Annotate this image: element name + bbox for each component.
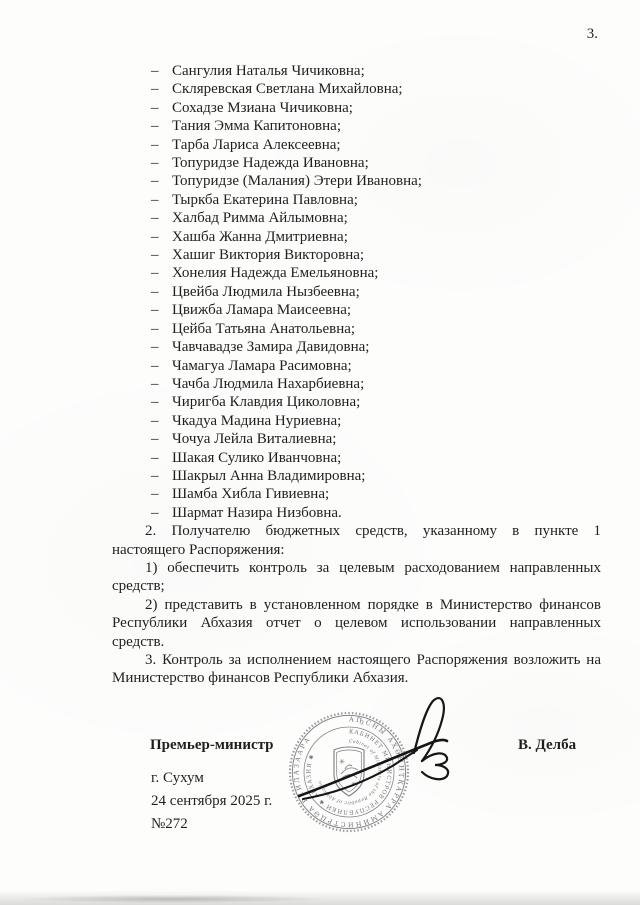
person-name: Хашиг Виктория Викторовна; xyxy=(172,246,364,264)
signature-loop xyxy=(414,698,444,761)
list-dash: – xyxy=(151,320,172,338)
list-dash: – xyxy=(151,136,172,154)
person-name: Цвейба Людмила Нызбеевна; xyxy=(172,283,360,301)
official-seal-stamp: АҦСНЫ АҲӘЫНҬҚАРРА АМИНИСТРЦӘА РЕИЛАЗААРА… xyxy=(287,710,411,834)
person-name: Шармат Назира Низбовна. xyxy=(172,504,342,522)
scan-edge-shadow xyxy=(0,890,640,905)
person-name: Чкадуа Мадина Нуриевна; xyxy=(172,412,341,430)
signature-flourish xyxy=(422,753,448,779)
coat-of-arms-shield xyxy=(334,747,364,796)
list-item: –Цвижба Ламара Маисеевна; xyxy=(112,301,601,319)
paragraph-line: 3. Контроль за исполнением настоящего Ра… xyxy=(112,651,601,669)
paragraph-line: средств. xyxy=(112,633,601,651)
person-name: Тания Эмма Капитоновна; xyxy=(172,117,341,135)
premier-title: Премьер-министр xyxy=(150,737,274,754)
star-icon: ✳ xyxy=(351,781,356,788)
paragraph-line: Республики Абхазия отчет о целевом испол… xyxy=(112,614,601,632)
list-dash: – xyxy=(151,301,172,319)
list-dash: – xyxy=(151,412,172,430)
list-dash: – xyxy=(151,338,172,356)
person-name: Халбад Римма Айлымовна; xyxy=(172,209,348,227)
list-item: –Сохадзе Мзиана Чичиковна; xyxy=(112,99,601,117)
person-name: Шакрыл Анна Владимировна; xyxy=(172,467,365,485)
list-dash: – xyxy=(151,467,172,485)
list-item: –Шакая Сулико Иванчовна; xyxy=(112,449,601,467)
page-number: 3. xyxy=(587,26,598,43)
person-name: Хонелия Надежда Емельяновна; xyxy=(172,264,378,282)
list-dash: – xyxy=(151,154,172,172)
paragraph-line: средств; xyxy=(112,577,601,595)
list-item: –Хонелия Надежда Емельяновна; xyxy=(112,264,601,282)
city-line: г. Сухум xyxy=(151,770,204,787)
list-dash: – xyxy=(151,283,172,301)
person-name: Чочуа Лейла Виталиевна; xyxy=(172,430,336,448)
list-dash: – xyxy=(151,430,172,448)
list-item: –Шармат Назира Низбовна. xyxy=(112,504,601,522)
list-item: –Чачба Людмила Нахарбиевна; xyxy=(112,375,601,393)
list-dash: – xyxy=(151,246,172,264)
person-name: Чавчавадзе Замира Давидовна; xyxy=(172,338,369,356)
list-dash: – xyxy=(151,264,172,282)
list-dash: – xyxy=(151,485,172,503)
paragraph-line: 2. Получателю бюджетных средств, указанн… xyxy=(112,522,601,540)
signer-name: В. Делба xyxy=(518,737,576,754)
list-item: –Топуридзе Надежда Ивановна; xyxy=(112,154,601,172)
list-item: –Хашба Жанна Дмитриевна; xyxy=(112,228,601,246)
list-item: –Скляревская Светлана Михайловна; xyxy=(112,80,601,98)
person-name: Топуридзе Надежда Ивановна; xyxy=(172,154,369,172)
list-item: –Чкадуа Мадина Нуриевна; xyxy=(112,412,601,430)
document-page: 3. –Сангулия Наталья Чичиковна;–Скляревс… xyxy=(0,0,640,905)
list-dash: – xyxy=(151,62,172,80)
list-item: –Хашиг Виктория Викторовна; xyxy=(112,246,601,264)
person-name: Шамба Хибла Гивиевна; xyxy=(172,485,329,503)
list-dash: – xyxy=(151,209,172,227)
paragraphs-block: 2. Получателю бюджетных средств, указанн… xyxy=(112,522,601,688)
list-dash: – xyxy=(151,375,172,393)
list-item: –Шамба Хибла Гивиевна; xyxy=(112,485,601,503)
coat-of-arms-shield-inner xyxy=(337,750,362,792)
list-dash: – xyxy=(151,449,172,467)
list-item: –Шакрыл Анна Владимировна; xyxy=(112,467,601,485)
list-item: –Чиригба Клавдия Циколовна; xyxy=(112,393,601,411)
person-name: Тыркба Екатерина Павловна; xyxy=(172,191,358,209)
list-item: –Чамагуа Ламара Расимовна; xyxy=(112,357,601,375)
list-item: –Чавчавадзе Замира Давидовна; xyxy=(112,338,601,356)
list-dash: – xyxy=(151,504,172,522)
list-dash: – xyxy=(151,191,172,209)
list-dash: – xyxy=(151,172,172,190)
list-item: –Чочуа Лейла Виталиевна; xyxy=(112,430,601,448)
person-name: Шакая Сулико Иванчовна; xyxy=(172,449,341,467)
list-dash: – xyxy=(151,80,172,98)
list-item: –Топуридзе (Малания) Этери Ивановна; xyxy=(112,172,601,190)
list-dash: – xyxy=(151,357,172,375)
list-item: –Сангулия Наталья Чичиковна; xyxy=(112,62,601,80)
list-item: –Тарба Лариса Алексеевна; xyxy=(112,136,601,154)
horseman-figure xyxy=(341,765,358,778)
person-name: Сангулия Наталья Чичиковна; xyxy=(172,62,365,80)
person-name: Сохадзе Мзиана Чичиковна; xyxy=(172,99,353,117)
person-name: Цейба Татьяна Анатольевна; xyxy=(172,320,355,338)
person-name: Чамагуа Ламара Расимовна; xyxy=(172,357,352,375)
person-name: Чачба Людмила Нахарбиевна; xyxy=(172,375,364,393)
person-name: Цвижба Ламара Маисеевна; xyxy=(172,301,351,319)
list-item: –Тыркба Екатерина Павловна; xyxy=(112,191,601,209)
person-name: Тарба Лариса Алексеевна; xyxy=(172,136,341,154)
paragraph-line: настоящего Распоряжения: xyxy=(112,541,601,559)
list-item: –Цвейба Людмила Нызбеевна; xyxy=(112,283,601,301)
list-item: –Тания Эмма Капитоновна; xyxy=(112,117,601,135)
person-name: Чиригба Клавдия Циколовна; xyxy=(172,393,360,411)
list-dash: – xyxy=(151,117,172,135)
list-dash: – xyxy=(151,99,172,117)
list-item: –Халбад Римма Айлымовна; xyxy=(112,209,601,227)
date-line: 24 сентября 2025 г. xyxy=(151,793,272,810)
list-item: –Цейба Татьяна Анатольевна; xyxy=(112,320,601,338)
person-name: Хашба Жанна Дмитриевна; xyxy=(172,228,348,246)
star-icon: ✳ xyxy=(339,758,345,766)
list-dash: – xyxy=(151,228,172,246)
document-body: –Сангулия Наталья Чичиковна;–Скляревская… xyxy=(112,62,601,688)
paragraph-line: 1) обеспечить контроль за целевым расход… xyxy=(112,559,601,577)
list-dash: – xyxy=(151,393,172,411)
names-list: –Сангулия Наталья Чичиковна;–Скляревская… xyxy=(112,62,601,522)
person-name: Топуридзе (Малания) Этери Ивановна; xyxy=(172,172,422,190)
paragraph-line: Министерство финансов Республики Абхазия… xyxy=(112,669,601,687)
document-number: №272 xyxy=(151,816,188,833)
person-name: Скляревская Светлана Михайловна; xyxy=(172,80,403,98)
paragraph-line: 2) представить в установленном порядке в… xyxy=(112,596,601,614)
